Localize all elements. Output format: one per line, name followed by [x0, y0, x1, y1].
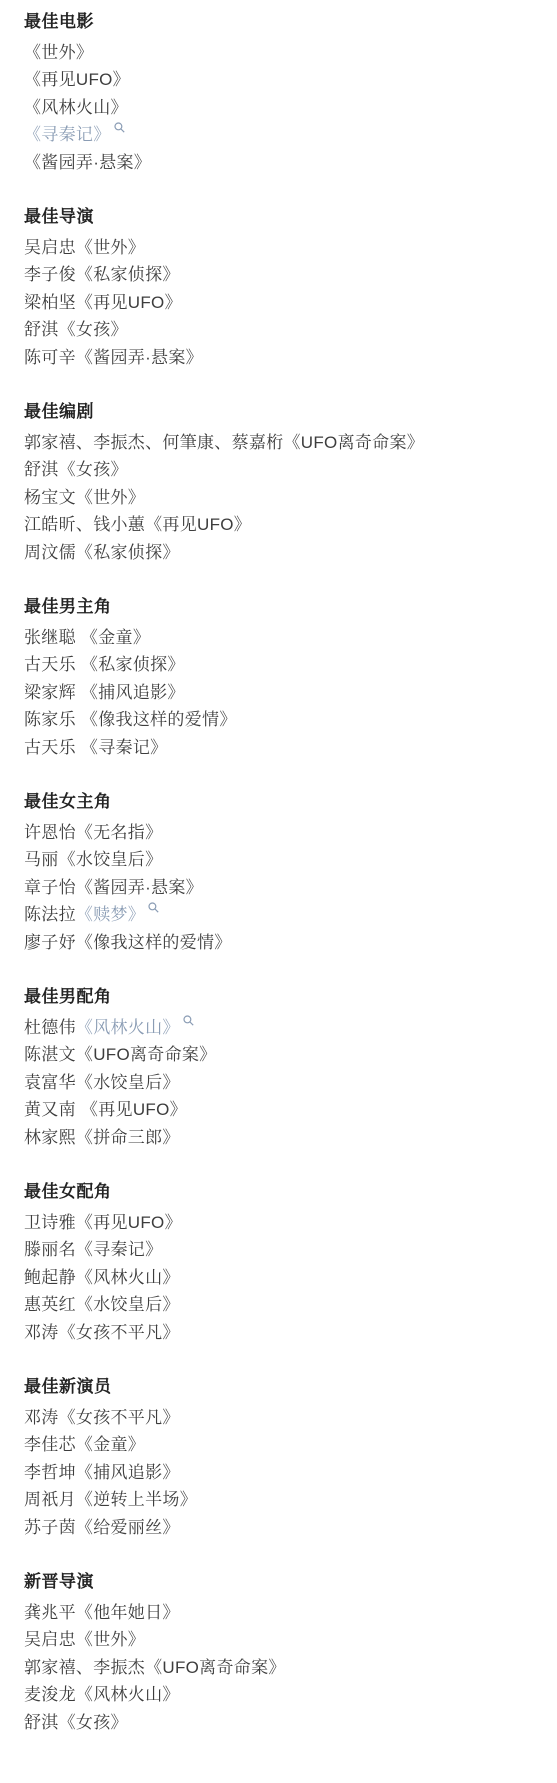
nominee-row: 舒淇《女孩》: [24, 456, 537, 484]
nominee-row: 惠英红《水饺皇后》: [24, 1291, 537, 1319]
nominee-text: 陈法拉: [24, 905, 76, 924]
nominee-row: 章子怡《酱园弄·悬案》: [24, 874, 537, 902]
nominee-row: 杜德伟《风林火山》: [24, 1014, 537, 1042]
nominee-text: 苏子茵《给爱丽丝》: [24, 1518, 180, 1537]
nominee-row: 梁柏坚《再见UFO》: [24, 289, 537, 317]
nominee-row: 李佳芯《金童》: [24, 1431, 537, 1459]
nominee-row: 邓涛《女孩不平凡》: [24, 1404, 537, 1432]
award-section: 最佳男配角 杜德伟《风林火山》陈湛文《UFO离奇命案》袁富华《水饺皇后》黄又南 …: [24, 983, 537, 1151]
nominee-row: 陈法拉《赎梦》: [24, 901, 537, 929]
award-category-title: 最佳新演员: [24, 1373, 537, 1401]
nominee-text: 舒淇《女孩》: [24, 320, 128, 339]
nominee-row: 龚兆平《他年她日》: [24, 1599, 537, 1627]
nominee-row: 许恩怡《无名指》: [24, 819, 537, 847]
nominee-row: 黄又南 《再见UFO》: [24, 1096, 537, 1124]
nominee-text: 舒淇《女孩》: [24, 460, 128, 479]
award-category-title: 最佳女配角: [24, 1178, 537, 1206]
film-link[interactable]: 《寻秦记》: [24, 125, 111, 144]
nominee-text: 邓涛《女孩不平凡》: [24, 1323, 180, 1342]
nominee-text: 陈可辛《酱园弄·悬案》: [24, 348, 203, 367]
nominee-text: 卫诗雅《再见UFO》: [24, 1213, 182, 1232]
nominee-text: 郭家禧、李振杰、何筆康、蔡嘉桁《UFO离奇命案》: [24, 433, 424, 452]
award-section: 最佳女配角 卫诗雅《再见UFO》滕丽名《寻秦记》鲍起静《风林火山》惠英红《水饺皇…: [24, 1178, 537, 1346]
nominee-row: 麦浚龙《风林火山》: [24, 1681, 537, 1709]
nominee-text: 黄又南 《再见UFO》: [24, 1100, 187, 1119]
nominee-row: 周汶儒《私家侦探》: [24, 539, 537, 567]
award-category-title: 最佳女主角: [24, 788, 537, 816]
award-section: 最佳女主角 许恩怡《无名指》马丽《水饺皇后》章子怡《酱园弄·悬案》陈法拉《赎梦》…: [24, 788, 537, 956]
nominee-text: 鲍起静《风林火山》: [24, 1268, 180, 1287]
nominee-row: 周祇月《逆转上半场》: [24, 1486, 537, 1514]
nominee-text: 惠英红《水饺皇后》: [24, 1295, 180, 1314]
nominee-text: 吴启忠《世外》: [24, 238, 145, 257]
search-icon[interactable]: [114, 122, 125, 133]
award-nominations-list: 最佳电影 《世外》《再见UFO》《风林火山》《寻秦记》《酱园弄·悬案》 最佳导演…: [0, 0, 557, 1783]
search-icon[interactable]: [148, 902, 159, 913]
nominee-row: 舒淇《女孩》: [24, 316, 537, 344]
nominee-text: 邓涛《女孩不平凡》: [24, 1408, 180, 1427]
nominee-row: 《再见UFO》: [24, 66, 537, 94]
award-section: 新晋导演 龚兆平《他年她日》吴启忠《世外》郭家禧、李振杰《UFO离奇命案》麦浚龙…: [24, 1568, 537, 1736]
nominee-text: 许恩怡《无名指》: [24, 823, 162, 842]
nominee-text: 陈家乐 《像我这样的爱情》: [24, 710, 237, 729]
award-section: 最佳新演员 邓涛《女孩不平凡》李佳芯《金童》李哲坤《捕风追影》周祇月《逆转上半场…: [24, 1373, 537, 1541]
nominee-text: 《再见UFO》: [24, 70, 130, 89]
nominee-row: 《酱园弄·悬案》: [24, 149, 537, 177]
nominee-row: 李子俊《私家侦探》: [24, 261, 537, 289]
nominee-text: 郭家禧、李振杰《UFO离奇命案》: [24, 1658, 286, 1677]
award-section: 最佳男主角 张继聪 《金童》古天乐 《私家侦探》梁家辉 《捕风追影》陈家乐 《像…: [24, 593, 537, 761]
nominee-row: 苏子茵《给爱丽丝》: [24, 1514, 537, 1542]
nominee-text: 周祇月《逆转上半场》: [24, 1490, 197, 1509]
nominee-text: 章子怡《酱园弄·悬案》: [24, 878, 203, 897]
nominee-text: 梁柏坚《再见UFO》: [24, 293, 182, 312]
nominee-row: 陈可辛《酱园弄·悬案》: [24, 344, 537, 372]
nominee-text: 袁富华《水饺皇后》: [24, 1073, 180, 1092]
nominee-row: 滕丽名《寻秦记》: [24, 1236, 537, 1264]
film-link[interactable]: 《风林火山》: [76, 1018, 180, 1037]
nominee-row: 杨宝文《世外》: [24, 484, 537, 512]
award-section: 最佳导演 吴启忠《世外》李子俊《私家侦探》梁柏坚《再见UFO》舒淇《女孩》陈可辛…: [24, 203, 537, 371]
nominee-row: 江皓昕、钱小蕙《再见UFO》: [24, 511, 537, 539]
nominee-text: 梁家辉 《捕风追影》: [24, 683, 185, 702]
award-section: 最佳电影 《世外》《再见UFO》《风林火山》《寻秦记》《酱园弄·悬案》: [24, 8, 537, 176]
film-link[interactable]: 《赎梦》: [76, 905, 145, 924]
nominee-row: 古天乐 《寻秦记》: [24, 734, 537, 762]
nominee-row: 陈家乐 《像我这样的爱情》: [24, 706, 537, 734]
nominee-text: 马丽《水饺皇后》: [24, 850, 162, 869]
nominee-text: 江皓昕、钱小蕙《再见UFO》: [24, 515, 251, 534]
nominee-text: 周汶儒《私家侦探》: [24, 543, 180, 562]
nominee-row: 陈湛文《UFO离奇命案》: [24, 1041, 537, 1069]
nominee-text: 《风林火山》: [24, 98, 128, 117]
nominee-row: 古天乐 《私家侦探》: [24, 651, 537, 679]
award-category-title: 最佳男配角: [24, 983, 537, 1011]
nominee-text: 李哲坤《捕风追影》: [24, 1463, 180, 1482]
nominee-text: 吴启忠《世外》: [24, 1630, 145, 1649]
nominee-text: 杨宝文《世外》: [24, 488, 145, 507]
nominee-row: 吴启忠《世外》: [24, 234, 537, 262]
nominee-text: 廖子妤《像我这样的爱情》: [24, 933, 232, 952]
nominee-row: 梁家辉 《捕风追影》: [24, 679, 537, 707]
nominee-row: 马丽《水饺皇后》: [24, 846, 537, 874]
award-section: 最佳编剧 郭家禧、李振杰、何筆康、蔡嘉桁《UFO离奇命案》舒淇《女孩》杨宝文《世…: [24, 398, 537, 566]
search-icon[interactable]: [183, 1015, 194, 1026]
nominee-text: 龚兆平《他年她日》: [24, 1603, 180, 1622]
nominee-text: 林家熙《拼命三郎》: [24, 1128, 180, 1147]
nominee-row: 林家熙《拼命三郎》: [24, 1124, 537, 1152]
nominee-row: 《世外》: [24, 39, 537, 67]
nominee-row: 卫诗雅《再见UFO》: [24, 1209, 537, 1237]
nominee-row: 《风林火山》: [24, 94, 537, 122]
nominee-row: 舒淇《女孩》: [24, 1709, 537, 1737]
award-category-title: 最佳编剧: [24, 398, 537, 426]
nominee-text: 李子俊《私家侦探》: [24, 265, 180, 284]
nominee-row: 鲍起静《风林火山》: [24, 1264, 537, 1292]
nominee-row: 张继聪 《金童》: [24, 624, 537, 652]
nominee-row: 袁富华《水饺皇后》: [24, 1069, 537, 1097]
nominee-row: 吴启忠《世外》: [24, 1626, 537, 1654]
award-category-title: 新晋导演: [24, 1568, 537, 1596]
nominee-text: 《酱园弄·悬案》: [24, 153, 151, 172]
nominee-row: 廖子妤《像我这样的爱情》: [24, 929, 537, 957]
nominee-text: 滕丽名《寻秦记》: [24, 1240, 162, 1259]
nominee-row: 李哲坤《捕风追影》: [24, 1459, 537, 1487]
award-category-title: 最佳男主角: [24, 593, 537, 621]
nominee-text: 舒淇《女孩》: [24, 1713, 128, 1732]
nominee-text: 杜德伟: [24, 1018, 76, 1037]
nominee-text: 古天乐 《寻秦记》: [24, 738, 167, 757]
award-category-title: 最佳电影: [24, 8, 537, 36]
nominee-text: 李佳芯《金童》: [24, 1435, 145, 1454]
nominee-text: 张继聪 《金童》: [24, 628, 150, 647]
nominee-text: 陈湛文《UFO离奇命案》: [24, 1045, 216, 1064]
nominee-row: 郭家禧、李振杰、何筆康、蔡嘉桁《UFO离奇命案》: [24, 429, 537, 457]
nominee-text: 《世外》: [24, 43, 93, 62]
nominee-row: 邓涛《女孩不平凡》: [24, 1319, 537, 1347]
nominee-text: 古天乐 《私家侦探》: [24, 655, 185, 674]
nominee-row: 郭家禧、李振杰《UFO离奇命案》: [24, 1654, 537, 1682]
award-category-title: 最佳导演: [24, 203, 537, 231]
nominee-row: 《寻秦记》: [24, 121, 537, 149]
nominee-text: 麦浚龙《风林火山》: [24, 1685, 180, 1704]
